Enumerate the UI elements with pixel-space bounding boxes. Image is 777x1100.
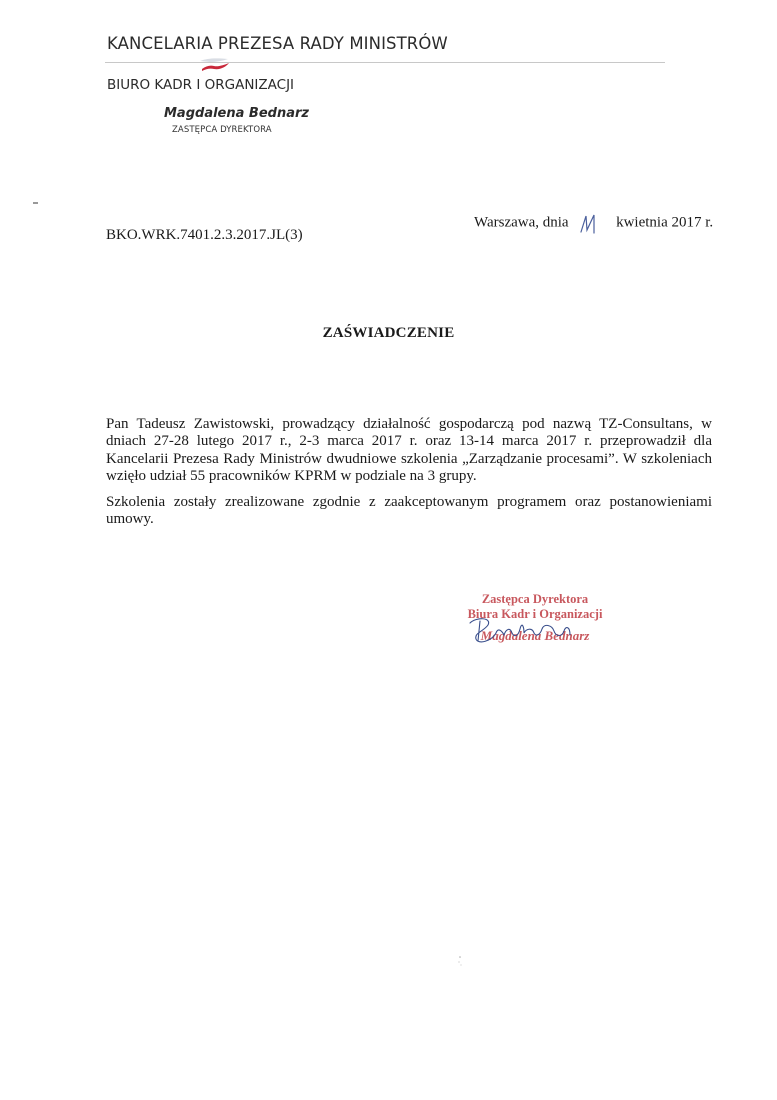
handwritten-day: [572, 212, 612, 234]
polish-flag-mark-icon: [198, 57, 232, 73]
body-paragraph: Szkolenia zostały zrealizowane zgodnie z…: [106, 494, 712, 529]
body-paragraph: Pan Tadeusz Zawistowski, prowadzący dzia…: [106, 416, 712, 486]
unit-name: BIURO KADR I ORGANIZACJI: [107, 77, 294, 93]
date-prefix: Warszawa, dnia: [474, 214, 569, 230]
scan-speck: [33, 202, 38, 204]
reference-number: BKO.WRK.7401.2.3.2017.JL(3): [106, 227, 303, 244]
date-suffix: kwietnia 2017 r.: [616, 214, 713, 230]
document-title: ZAŚWIADCZENIE: [0, 325, 777, 342]
document-body: Pan Tadeusz Zawistowski, prowadzący dzia…: [106, 416, 712, 536]
scan-artifact: [457, 955, 463, 967]
stamp-line-role: Zastępca Dyrektora: [440, 592, 630, 607]
handwritten-signature: [462, 611, 582, 649]
signatory-role: ZASTĘPCA DYREKTORA: [172, 125, 272, 135]
organization-name: KANCELARIA PREZESA RADY MINISTRÓW: [107, 34, 448, 53]
place-date: Warszawa, dnia kwietnia 2017 r.: [474, 212, 713, 234]
signatory-name: Magdalena Bednarz: [164, 106, 309, 121]
header-divider: [105, 62, 665, 63]
